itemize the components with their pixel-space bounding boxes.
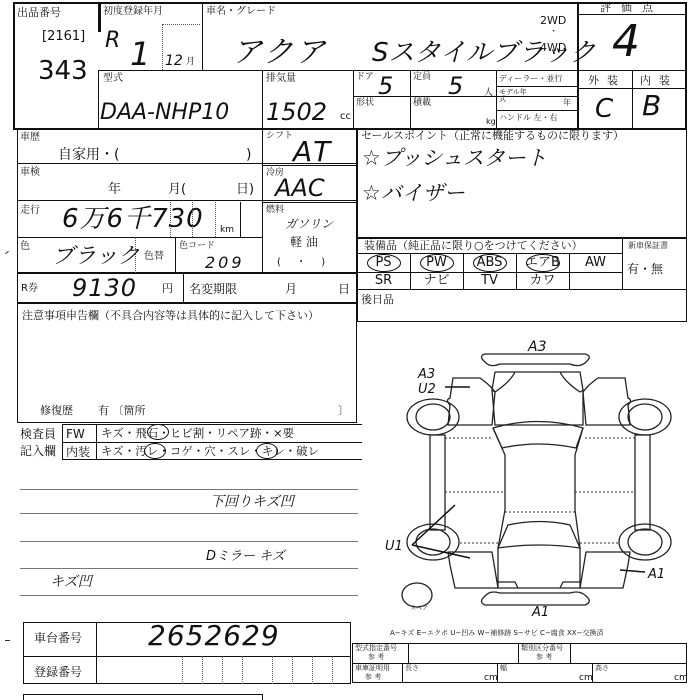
inspector-label-2: 記入欄 [20,445,56,457]
ruled-line [20,513,358,514]
ruled-line [20,595,358,596]
exterior-label: 外装 [588,75,626,86]
height-label: 高さ [595,665,609,672]
dotted-divider [242,656,243,684]
doors: 5 [378,74,393,98]
score: 4 [612,20,640,64]
divider [496,70,497,130]
circle-mark [144,443,166,459]
divider [262,128,263,273]
cm-unit: cm [674,674,688,683]
equipment-item: AW [569,256,622,269]
exterior-grade: C [595,96,613,122]
divider [23,656,351,657]
width-label: 幅 [500,665,507,672]
divider [96,424,97,460]
damage-mark: A3 [418,368,435,381]
doors-label: ドア [356,73,374,82]
model-year-label: モデル年式 [499,89,529,103]
notes-label: 注意事項申告欄（不具合内容等は具体的に記入して下さい） [22,310,319,321]
divider [518,643,519,663]
lot-label: 出品番号 [17,7,61,18]
damage-mark-rear: A1 [532,606,549,619]
divider [262,70,263,130]
damage-legend: A−キズ E−エクボ U−凹み W−補修跡 S−サビ C−腐食 XX−交換済 [390,630,603,637]
name-change-month: 月 [285,283,297,295]
color-code: 209 [205,255,245,271]
capacity-label: 定員 [413,73,431,82]
divider [569,272,570,290]
divider [577,14,687,15]
chassis-label: 車台番号 [34,632,82,644]
divider [632,70,633,130]
divider [183,273,184,303]
shaken-label: 車検 [20,168,40,178]
length-label: 長さ [405,665,419,672]
divider [410,70,411,130]
handle-label: ハンドル 左・右 [499,114,558,122]
divider [17,237,262,238]
equipment-item: ナビ [410,274,463,287]
fuel-paren: ( ・ ) [277,258,331,268]
divider [622,238,623,290]
circle-mark [147,424,169,440]
ruled-line [20,489,358,490]
ruled-line [20,541,358,542]
type-cert-label: 型式指定番号 [355,645,397,652]
dotted-divider [182,656,183,684]
color: ブラック [52,246,140,268]
divider [262,165,357,166]
handwritten-note: Dミラー キズ [206,550,285,563]
usage: 自家用・( [58,148,119,162]
name-change-day: 日 [338,283,350,295]
recycle-label: R券 [21,284,38,294]
shaken-month: 月( [168,183,186,196]
name-change-label: 名変期限 [189,283,237,295]
displacement-unit: cc [340,112,351,122]
circle-mark [367,254,401,272]
dotted-divider [215,202,216,237]
dotted-divider [312,656,313,684]
vehicle-cert-label: 車庫証明用 [355,665,390,672]
model: DAA-NHP10 [100,102,229,124]
mileage-label: 走行 [20,206,40,216]
divider [96,622,97,684]
lot-number: 343 [38,58,88,84]
dotted-top [162,24,200,25]
ref-label: 参 考 [368,654,384,661]
dotted-divider [192,202,193,237]
interior-label: 内装 [66,446,90,458]
damage-mark: A1 [648,568,665,581]
divider [408,643,409,663]
equipment-item: カワ [516,274,569,287]
load-label: 積載 [413,99,431,108]
body-label: 形状 [356,99,374,108]
score-label: 評価点 [600,2,663,13]
displacement-label: 排気量 [266,74,296,84]
repair-label: 修復歴 [40,405,73,416]
car-name-label: 車名・グレード [206,7,276,17]
model-label: 型式 [103,74,123,84]
first-reg-era: R [105,30,120,52]
car-name: アクア [232,38,327,68]
margin-mark [5,251,9,254]
divider [496,110,577,111]
divider [577,2,579,130]
dotted-divider [170,202,171,237]
later-items-frame [357,290,687,322]
divider [175,237,176,273]
cm-unit: cm [484,674,498,683]
dotted-divider [272,656,273,684]
ruled-line [20,568,358,569]
first-reg-month: 12 [165,54,183,68]
sales-points-label: セールスポイント（正常に機能するものに限ります） [361,130,624,141]
mileage-unit: km [220,226,234,235]
dotted-divider [292,656,293,684]
warranty-label: 新車保証書 [628,242,668,250]
repair-value: 有 〔箇所 [98,405,146,416]
shift-label: シフト [266,132,293,141]
divider [98,70,99,130]
repair-close: 〕 [338,405,349,416]
fuel-label: 燃料 [266,206,284,215]
equipment-label: 装備品（純正品に限り○をつけてください） [364,240,583,251]
displacement: 1502 [266,100,327,124]
capacity: 5 [448,74,463,98]
circle-mark [473,254,507,272]
year-unit: 年 [563,99,571,107]
fw-label: FW [66,428,85,440]
lot-code: [2161] [42,30,85,43]
yen: 円 [162,283,173,294]
reg-label: 登録番号 [34,666,82,678]
usage-label: 車歴 [20,133,40,143]
damage-mark: U2 [418,383,436,396]
equipment-item: TV [463,274,516,287]
fw-items: キズ・飛石・ヒビ割・リペア跡・×要 [101,428,294,440]
fuel-alt: 軽 油 [290,236,318,248]
dotted-divider [135,237,136,273]
equipment-item: SR [357,274,410,287]
color-label: 色 [20,242,30,252]
circle-mark [526,254,560,272]
ref-label: 参 考 [365,674,381,681]
divider [496,86,577,87]
chassis-number: 2652629 [148,622,280,650]
sales-point-item: ☆プッシュスタート [362,148,547,169]
margin-mark [5,640,10,641]
recycle-frame [17,273,357,303]
dotted-divider [222,656,223,684]
cm-unit: cm [579,674,593,683]
first-reg-year: 1 [130,38,150,70]
divider [98,70,577,71]
class-label: 類別区分番号 [521,645,563,652]
usage-close: ) [246,148,251,162]
dotted-divider [162,24,163,70]
divider [577,88,687,89]
ref-label: 参 考 [536,654,552,661]
divider [262,202,357,203]
dotted-divider [202,656,203,684]
divider [62,442,362,443]
damage-mark: U1 [385,540,403,553]
handwritten-note: キズ凹 [50,575,92,589]
drive-4wd: 4WD [540,42,566,53]
circle-mark [420,254,454,272]
shift: AT [293,138,333,166]
sales-point-item: ☆バイザー [362,183,465,204]
divider [240,202,241,237]
divider [202,2,203,70]
later-label: 後日品 [361,294,394,305]
mileage: 6万6千730 [62,206,204,232]
inspector-label-1: 検査員 [20,428,56,440]
bottom-box [23,694,263,700]
recycle-fee: 9130 [72,276,137,300]
divider [570,643,571,663]
circle-mark [256,443,278,459]
handwritten-note: 下回りキズ凹 [210,495,294,509]
ac: AAC [275,176,325,200]
divider [98,2,101,32]
damage-mark-front: A3 [528,340,546,354]
divider [402,663,403,683]
divider [353,70,354,130]
divider [353,96,577,97]
drive-2wd: 2WD [540,15,566,26]
drive-dot: ・ [549,28,558,37]
color-code-label: 色コード [179,242,215,251]
color-change-label: 色替 [144,252,164,262]
interior-items: キズ・汚レ・コゲ・穴・スレ・キレ・破レ [101,446,319,458]
month-unit: 月 [186,58,195,67]
interior-grade: B [642,92,661,120]
interior-label: 内装 [640,75,678,86]
shaken-year: 年 [108,183,121,196]
shaken-day: 日) [236,183,254,196]
spare-label: スペア [410,606,428,612]
warranty-value: 有・無 [627,263,663,275]
load-unit: kg [486,118,496,126]
fuel: ガソリン [285,218,333,230]
dotted-divider [332,656,333,684]
dealer-label: ディーラー・並行 [499,75,562,83]
first-reg-label: 初度登録年月 [103,7,163,17]
